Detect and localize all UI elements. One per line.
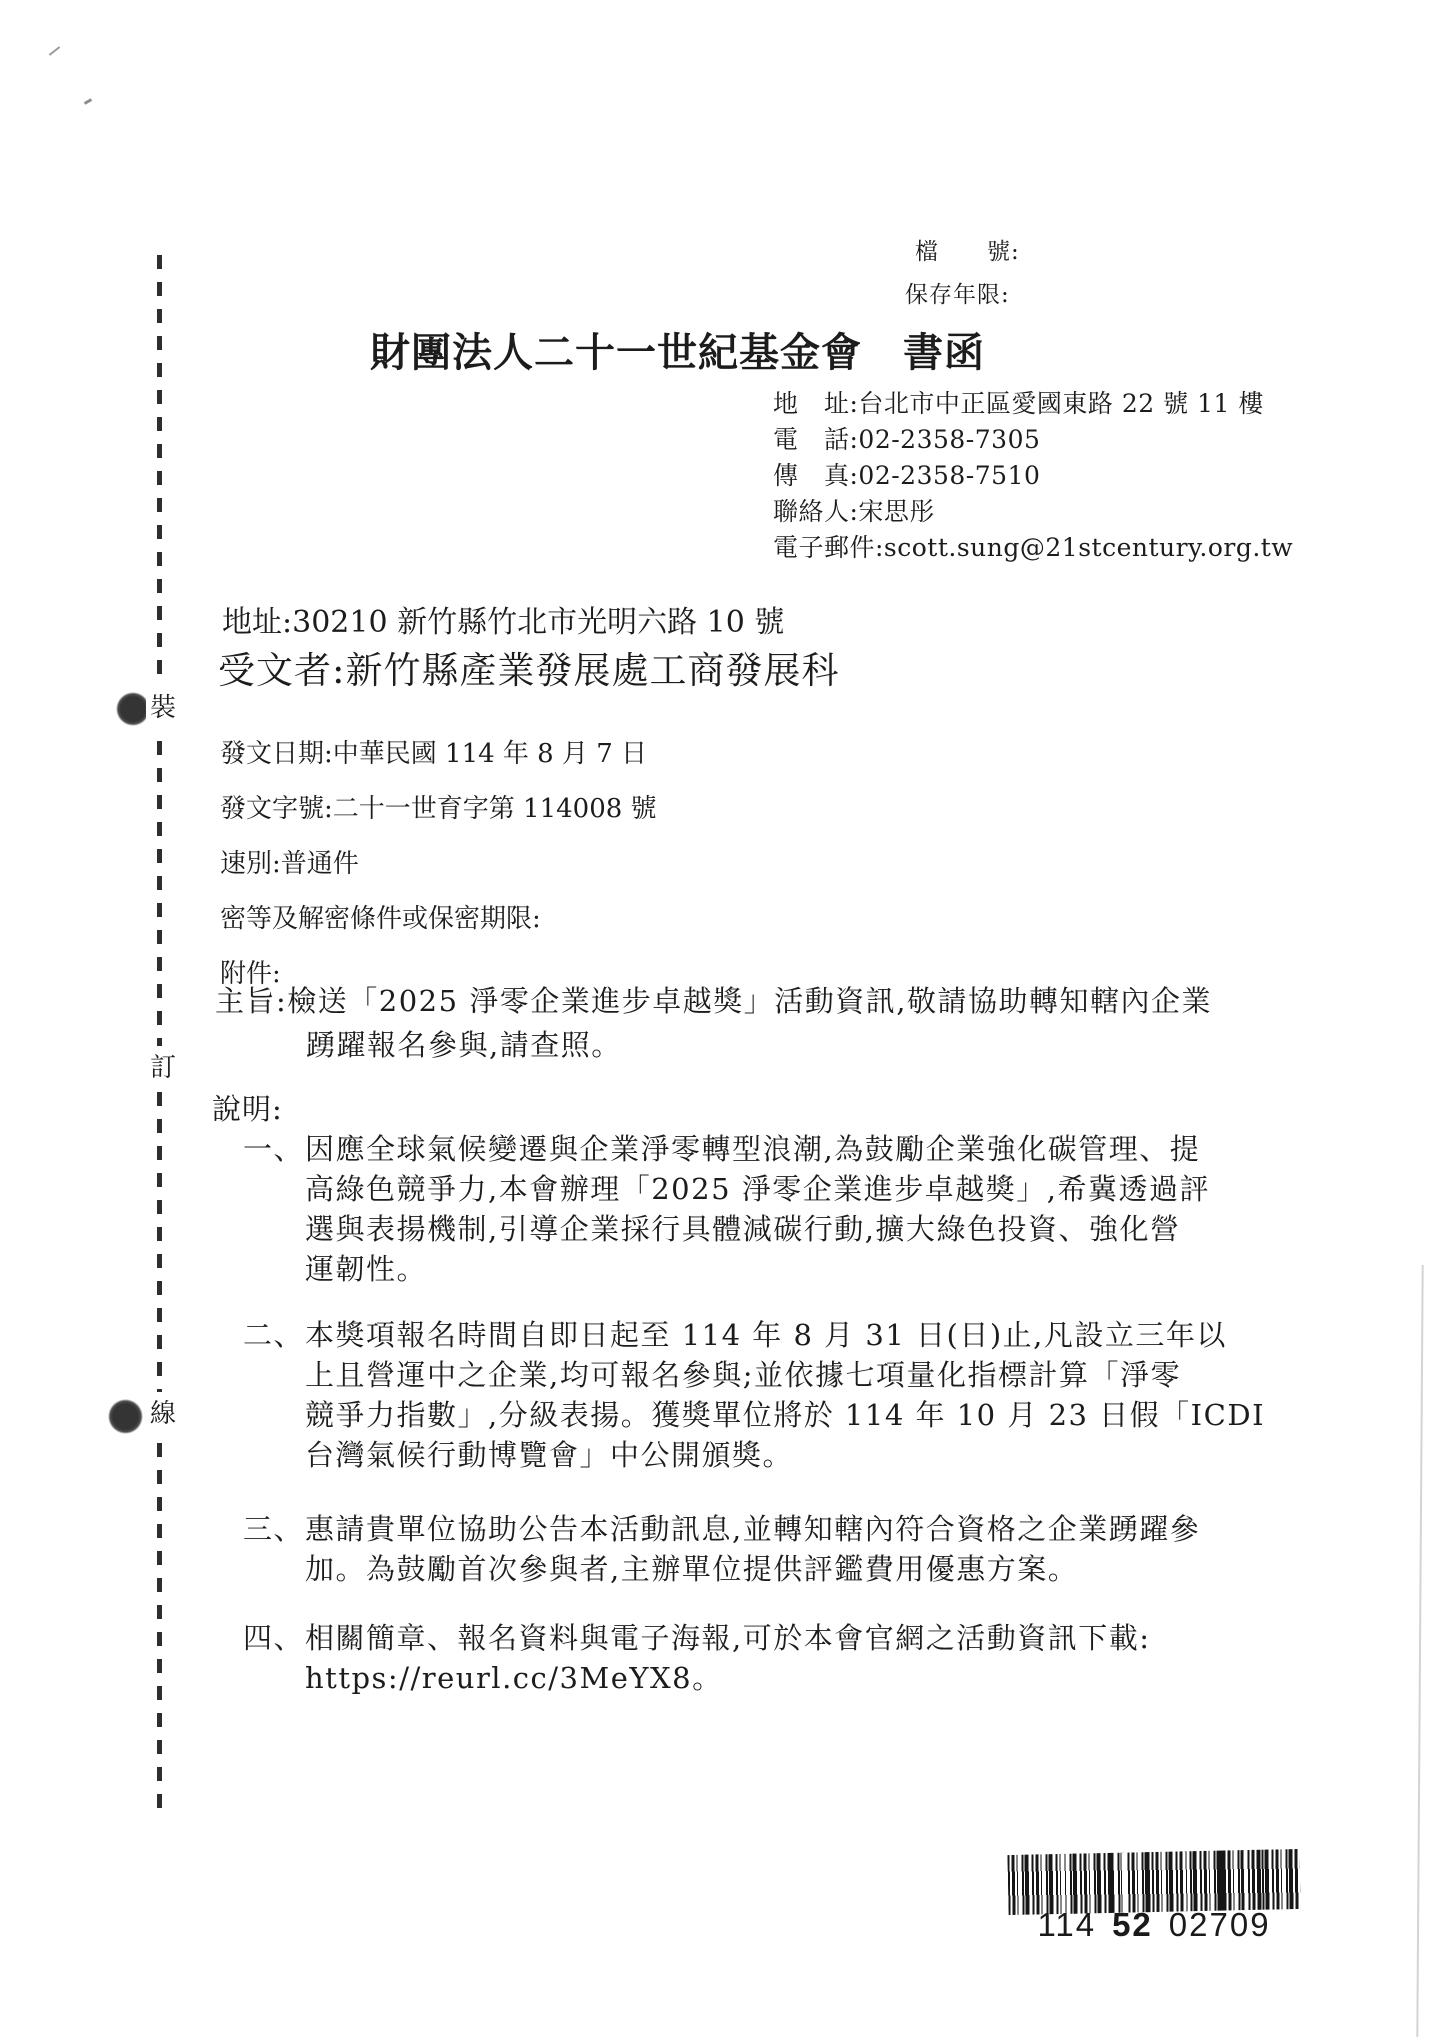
explanation-item: 二、 本獎項報名時間自即日起至 114 年 8 月 31 日(日)止,凡設立三年… bbox=[243, 1315, 1265, 1475]
item-line: 相關簡章、報名資料與電子海報,可於本會官網之活動資訊下載: bbox=[305, 1618, 1151, 1658]
subject-line-wrap: 踴躍報名參與,請查照。 bbox=[306, 1023, 622, 1064]
binding-dashed-line bbox=[157, 255, 162, 1818]
sender-phone: 電 話:02-2358-7305 bbox=[773, 422, 1293, 458]
binding-mark-xian: 線 bbox=[146, 1392, 180, 1436]
item-number: 三、 bbox=[243, 1509, 304, 1549]
barcode-number-code: 52 bbox=[1112, 1906, 1153, 1943]
item-line: 選與表揚機制,引導企業採行具體減碳行動,擴大綠色投資、強化營 bbox=[305, 1209, 1210, 1249]
binding-mark-zhuang: 裝 bbox=[146, 686, 180, 730]
item-line: 加。為鼓勵首次參與者,主辦單位提供評鑑費用優惠方案。 bbox=[305, 1549, 1200, 1589]
item-number: 二、 bbox=[243, 1315, 304, 1355]
item-line: 高綠色競爭力,本會辦理「2025 淨零企業進步卓越獎」,希冀透過評 bbox=[305, 1169, 1210, 1209]
subject-line: 主旨:檢送「2025 淨零企業進步卓越獎」活動資訊,敬請協助轉知轄內企業 bbox=[215, 979, 1212, 1020]
issue-date: 發文日期:中華民國 114 年 8 月 7 日 bbox=[220, 727, 657, 782]
document-meta-block: 發文日期:中華民國 114 年 8 月 7 日 發文字號:二十一世育字第 114… bbox=[220, 727, 657, 1002]
item-line: 因應全球氣候變遷與企業淨零轉型浪潮,為鼓勵企業強化碳管理、提 bbox=[305, 1129, 1210, 1169]
page-edge-scan-line bbox=[1416, 1265, 1423, 2037]
barcode-number-serial: 02709 bbox=[1169, 1906, 1271, 1943]
item-line: 本獎項報名時間自即日起至 114 年 8 月 31 日(日)止,凡設立三年以 bbox=[305, 1315, 1265, 1355]
item-line: 運韌性。 bbox=[305, 1249, 1210, 1289]
security-classification: 密等及解密條件或保密期限: bbox=[220, 892, 657, 947]
punch-hole-mark bbox=[108, 1399, 143, 1434]
sender-contact-person: 聯絡人:宋思彤 bbox=[773, 494, 1293, 530]
explanation-heading: 說明: bbox=[212, 1087, 283, 1128]
priority-level: 速別:普通件 bbox=[220, 837, 657, 892]
scan-artifact bbox=[49, 46, 60, 56]
recipient-name: 受文者:新竹縣產業發展處工商發展科 bbox=[218, 640, 839, 694]
sender-fax: 傳 真:02-2358-7510 bbox=[773, 458, 1293, 494]
item-line: https://reurl.cc/3MeYX8。 bbox=[305, 1658, 1151, 1698]
sender-email: 電子郵件:scott.sung@21stcentury.org.tw bbox=[773, 530, 1293, 566]
file-number-label: 檔 號: bbox=[915, 233, 1020, 266]
explanation-item: 一、 因應全球氣候變遷與企業淨零轉型浪潮,為鼓勵企業強化碳管理、提 高綠色競爭力… bbox=[243, 1129, 1210, 1289]
document-number: 發文字號:二十一世育字第 114008 號 bbox=[220, 782, 657, 837]
sender-info-block: 地 址:台北市中正區愛國東路 22 號 11 樓 電 話:02-2358-730… bbox=[773, 386, 1293, 566]
scanned-letter-page: 檔 號: 保存年限: 財團法人二十一世紀基金會 書函 地 址:台北市中正區愛國東… bbox=[0, 0, 1440, 2037]
item-number: 一、 bbox=[243, 1129, 304, 1169]
retention-period-label: 保存年限: bbox=[905, 276, 1010, 309]
sender-address: 地 址:台北市中正區愛國東路 22 號 11 樓 bbox=[773, 386, 1293, 422]
explanation-item: 三、 惠請貴單位協助公告本活動訊息,並轉知轄內符合資格之企業踴躍參 加。為鼓勵首… bbox=[243, 1509, 1200, 1589]
item-line: 惠請貴單位協助公告本活動訊息,並轉知轄內符合資格之企業踴躍參 bbox=[305, 1509, 1200, 1549]
barcode-number: 1145202709 bbox=[1008, 1906, 1300, 1944]
item-line: 上且營運中之企業,均可報名參與;並依據七項量化指標計算「淨零 bbox=[305, 1355, 1265, 1395]
item-line: 台灣氣候行動博覽會」中公開頒獎。 bbox=[305, 1435, 1265, 1475]
scan-artifact bbox=[84, 98, 92, 105]
barcode-number-year: 114 bbox=[1037, 1906, 1096, 1943]
punch-hole-mark bbox=[116, 692, 150, 726]
item-number: 四、 bbox=[243, 1618, 304, 1658]
explanation-item: 四、 相關簡章、報名資料與電子海報,可於本會官網之活動資訊下載: https:/… bbox=[243, 1618, 1151, 1698]
item-line: 競爭力指數」,分級表揚。獲獎單位將於 114 年 10 月 23 日假「ICDI bbox=[305, 1395, 1265, 1435]
document-title: 財團法人二十一世紀基金會 書函 bbox=[370, 321, 985, 378]
recipient-address: 地址:30210 新竹縣竹北市光明六路 10 號 bbox=[222, 597, 784, 641]
binding-mark-ding: 訂 bbox=[146, 1046, 180, 1090]
